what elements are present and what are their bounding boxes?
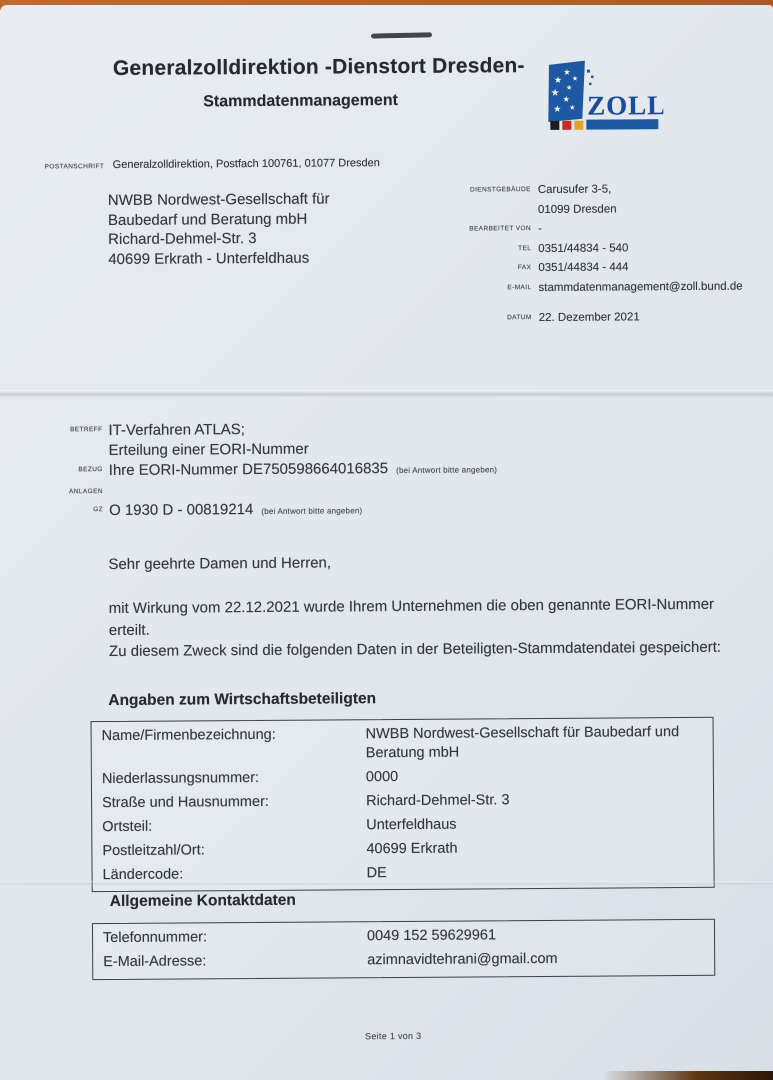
flag-gold-square xyxy=(574,121,583,130)
info-value: stammdatenmanagement@zoll.bund.de xyxy=(538,279,742,294)
salutation: Sehr geehrte Damen und Herren, xyxy=(108,554,331,573)
row-value: 40699 Erkrath xyxy=(366,837,713,858)
row-value: Unterfeldhaus xyxy=(366,813,713,834)
betreff-row-2: Erteilung einer EORI-Nummer xyxy=(58,438,497,460)
flag-black-square xyxy=(550,121,559,130)
postal-address-line: POSTANSCHRIFT Generalzolldirektion, Post… xyxy=(45,157,380,171)
anlagen-label: ANLAGEN xyxy=(58,483,103,500)
eu-star-icon: ★ xyxy=(554,76,562,86)
table-row: Telefonnummer: 0049 152 59629961 xyxy=(103,925,714,948)
scanned-letter-page: Generalzolldirektion -Dienstort Dresden-… xyxy=(0,5,773,1080)
gz-label: GZ xyxy=(58,501,103,522)
row-value: NWBB Nordwest-Gesellschaft für Baubedarf… xyxy=(366,723,713,762)
postal-label: POSTANSCHRIFT xyxy=(45,163,107,170)
betreff-value: IT-Verfahren ATLAS; xyxy=(108,418,496,440)
address-line: NWBB Nordwest-Gesellschaft für xyxy=(108,189,330,210)
row-value: 0049 152 59629961 xyxy=(367,925,714,946)
anlagen-row: ANLAGEN xyxy=(58,480,497,500)
logo-bar xyxy=(586,119,658,130)
row-value: azimnavidtehrani@gmail.com xyxy=(367,949,714,970)
info-row: FAX 0351/44834 - 444 xyxy=(463,260,742,276)
info-value: 01099 Dresden xyxy=(538,201,742,216)
section-heading-wirtschaftsbeteiligter: Angaben zum Wirtschaftsbeteiligten xyxy=(108,690,376,710)
date-label: DATUM xyxy=(464,311,532,325)
info-row: DIENSTGEBÄUDE Carusufer 3-5, xyxy=(463,182,742,198)
zoll-logo: ★ ★ ★ ★ ★ ★ ★ ★ ZOLL xyxy=(541,58,664,137)
table-row: Postleitzahl/Ort: 40699 Erkrath xyxy=(102,837,713,860)
eu-star-icon: ★ xyxy=(569,104,575,112)
postal-value: Generalzolldirektion, Postfach 100761, 0… xyxy=(113,157,380,171)
gz-value: O 1930 D - 00819214(bei Antwort bitte an… xyxy=(109,498,497,522)
row-label: Telefonnummer: xyxy=(103,927,367,947)
row-value: DE xyxy=(367,861,714,882)
row-label: Ortsteil: xyxy=(102,816,366,836)
table-row: Niederlassungsnummer: 0000 xyxy=(102,765,713,788)
table-row: Straße und Hausnummer: Richard-Dehmel-St… xyxy=(102,789,713,812)
row-label: Niederlassungsnummer: xyxy=(102,768,366,788)
row-label: Postleitzahl/Ort: xyxy=(102,840,366,860)
office-info-block: DIENSTGEBÄUDE Carusufer 3-5, 01099 Dresd… xyxy=(463,182,743,331)
info-label: DIENSTGEBÄUDE xyxy=(463,183,531,197)
row-label: E-Mail-Adresse: xyxy=(103,951,367,971)
german-flag-squares xyxy=(550,121,583,130)
eu-star-icon: ★ xyxy=(563,95,570,104)
info-label xyxy=(463,203,531,217)
eu-star-icon: ★ xyxy=(551,88,560,99)
info-row: BEARBEITET VON - xyxy=(463,221,742,237)
address-line: 40699 Erkrath - Unterfeldhaus xyxy=(108,248,330,269)
photo-background: Generalzolldirektion -Dienstort Dresden-… xyxy=(0,0,773,1080)
address-line: Baubedarf und Beratung mbH xyxy=(108,209,330,230)
info-value: - xyxy=(538,221,742,236)
info-value: 0351/44834 - 540 xyxy=(538,240,742,255)
flag-red-square xyxy=(562,121,571,130)
betreff-label: BETREFF xyxy=(57,421,102,440)
date-row: DATUM 22. Dezember 2021 xyxy=(464,309,743,325)
info-value: 0351/44834 - 444 xyxy=(538,260,742,275)
fold-crease-faint xyxy=(0,881,773,886)
betreff-row: BETREFF IT-Verfahren ATLAS; xyxy=(57,418,496,440)
body-paragraph: mit Wirkung vom 22.12.2021 wurde Ihrem U… xyxy=(109,594,754,642)
info-label: BEARBEITET VON xyxy=(463,222,531,236)
row-label: Name/Firmenbezeichnung: xyxy=(102,725,366,764)
letterhead-subtitle: Stammdatenmanagement xyxy=(203,92,398,111)
row-label: Straße und Hausnummer: xyxy=(102,792,366,812)
fold-crease xyxy=(0,390,773,398)
info-label: FAX xyxy=(463,261,531,275)
participant-data-table: Name/Firmenbezeichnung: NWBB Nordwest-Ge… xyxy=(91,717,715,892)
bezug-label: BEZUG xyxy=(58,461,103,482)
info-row: TEL 0351/44834 - 540 xyxy=(463,240,742,256)
info-row: E-MAIL stammdatenmanagement@zoll.bund.de xyxy=(463,279,742,295)
reference-block: BETREFF IT-Verfahren ATLAS; Erteilung ei… xyxy=(57,418,497,523)
body-paragraph: Zu diesem Zweck sind die folgenden Daten… xyxy=(109,638,769,660)
bezug-value: Ihre EORI-Nummer DE750598664016835(bei A… xyxy=(109,458,497,482)
contact-data-table: Telefonnummer: 0049 152 59629961 E-Mail-… xyxy=(92,919,715,980)
table-row: Name/Firmenbezeichnung: NWBB Nordwest-Ge… xyxy=(102,723,713,764)
info-label: TEL xyxy=(463,242,531,256)
page-footer: Seite 1 von 3 xyxy=(7,1028,773,1043)
info-row: 01099 Dresden xyxy=(463,201,742,217)
section-heading-kontaktdaten: Allgemeine Kontaktdaten xyxy=(110,892,296,911)
bezug-note: (bei Antwort bitte angeben) xyxy=(396,465,497,475)
scan-content: Generalzolldirektion -Dienstort Dresden-… xyxy=(0,0,773,1080)
eu-star-icon: ★ xyxy=(553,105,561,115)
bezug-row: BEZUG Ihre EORI-Nummer DE750598664016835… xyxy=(58,458,497,482)
gz-note: (bei Antwort bitte angeben) xyxy=(261,506,362,516)
row-value: Richard-Dehmel-Str. 3 xyxy=(366,789,713,810)
logo-dots xyxy=(587,70,594,86)
gz-row: GZ O 1930 D - 00819214(bei Antwort bitte… xyxy=(58,498,497,522)
recipient-address: NWBB Nordwest-Gesellschaft für Baubedarf… xyxy=(108,189,330,269)
eu-star-icon: ★ xyxy=(572,75,578,83)
betreff-value: Erteilung einer EORI-Nummer xyxy=(109,438,497,460)
table-row: Ortsteil: Unterfeldhaus xyxy=(102,813,713,836)
zoll-wordmark: ZOLL xyxy=(587,90,663,121)
letterhead-title: Generalzolldirektion -Dienstort Dresden- xyxy=(113,54,525,81)
address-line: Richard-Dehmel-Str. 3 xyxy=(108,228,330,249)
info-value: Carusufer 3-5, xyxy=(538,182,742,197)
row-value: 0000 xyxy=(366,765,713,786)
date-value: 22. Dezember 2021 xyxy=(539,309,743,324)
eu-star-icon: ★ xyxy=(566,84,572,92)
eu-star-icon: ★ xyxy=(563,68,570,77)
table-edge-shadow xyxy=(603,1071,773,1080)
info-label: E-MAIL xyxy=(463,281,531,295)
table-row: E-Mail-Adresse: azimnavidtehrani@gmail.c… xyxy=(103,949,714,972)
